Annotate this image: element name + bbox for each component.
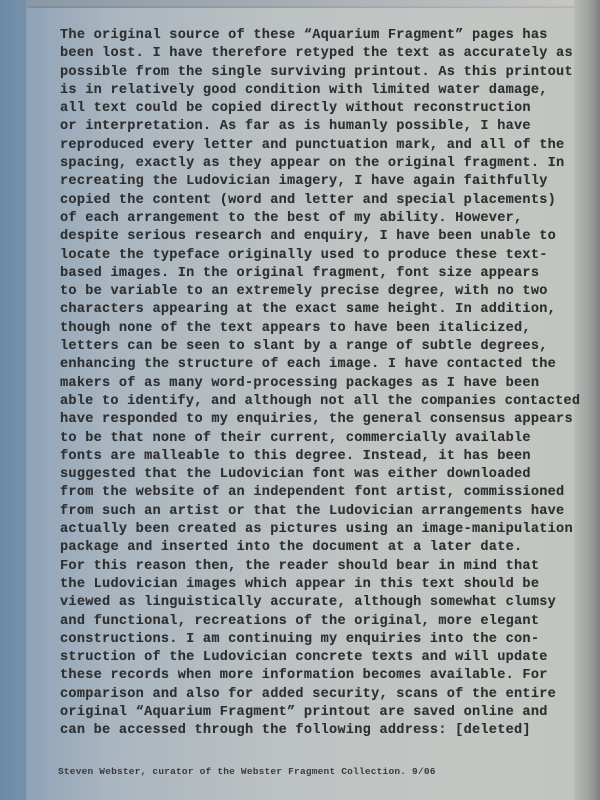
text-line: the Ludovician images which appear in th… [60,576,580,594]
text-line: to be that none of their current, commer… [60,430,580,448]
text-line: been lost. I have therefore retyped the … [60,45,580,63]
text-line: struction of the Ludovician concrete tex… [60,649,580,667]
text-line: For this reason then, the reader should … [60,558,580,576]
text-line: despite serious research and enquiry, I … [60,228,580,246]
text-line: all text could be copied directly withou… [60,100,580,118]
text-line: enhancing the structure of each image. I… [60,356,580,374]
text-line: characters appearing at the exact same h… [60,301,580,319]
text-line: possible from the single surviving print… [60,64,580,82]
text-line: based images. In the original fragment, … [60,265,580,283]
text-line: viewed as linguistically accurate, altho… [60,594,580,612]
curator-signature: Steven Webster, curator of the Webster F… [58,766,518,777]
text-line: original “Aquarium Fragment” printout ar… [60,704,580,722]
text-line: of each arrangement to the best of my ab… [60,210,580,228]
text-line: reproduced every letter and punctuation … [60,137,580,155]
text-line: these records when more information beco… [60,667,580,685]
text-line: is in relatively good condition with lim… [60,82,580,100]
text-line: or interpretation. As far as is humanly … [60,118,580,136]
text-line: actually been created as pictures using … [60,521,580,539]
text-line: and functional, recreations of the origi… [60,613,580,631]
text-line: from the website of an independent font … [60,484,580,502]
text-line: suggested that the Ludovician font was e… [60,466,580,484]
text-line: spacing, exactly as they appear on the o… [60,155,580,173]
text-line: package and inserted into the document a… [60,539,580,557]
typewritten-paragraph: The original source of these “Aquarium F… [60,27,580,741]
text-line: constructions. I am continuing my enquir… [60,631,580,649]
text-line: fonts are malleable to this degree. Inst… [60,448,580,466]
text-line: copied the content (word and letter and … [60,192,580,210]
text-line: The original source of these “Aquarium F… [60,27,580,45]
text-line: from such an artist or that the Ludovici… [60,503,580,521]
text-line: can be accessed through the following ad… [60,722,580,740]
text-line: have responded to my enquiries, the gene… [60,411,580,429]
book-spine-edge [0,0,27,800]
text-line: letters can be seen to slant by a range … [60,338,580,356]
text-line: comparison and also for added security, … [60,686,580,704]
text-line: locate the typeface originally used to p… [60,247,580,265]
text-line: able to identify, and although not all t… [60,393,579,411]
text-line: though none of the text appears to have … [60,320,580,338]
text-line: to be variable to an extremely precise d… [60,283,580,301]
text-line: makers of as many word-processing packag… [60,375,580,393]
text-line: recreating the Ludovician imagery, I hav… [60,173,580,191]
